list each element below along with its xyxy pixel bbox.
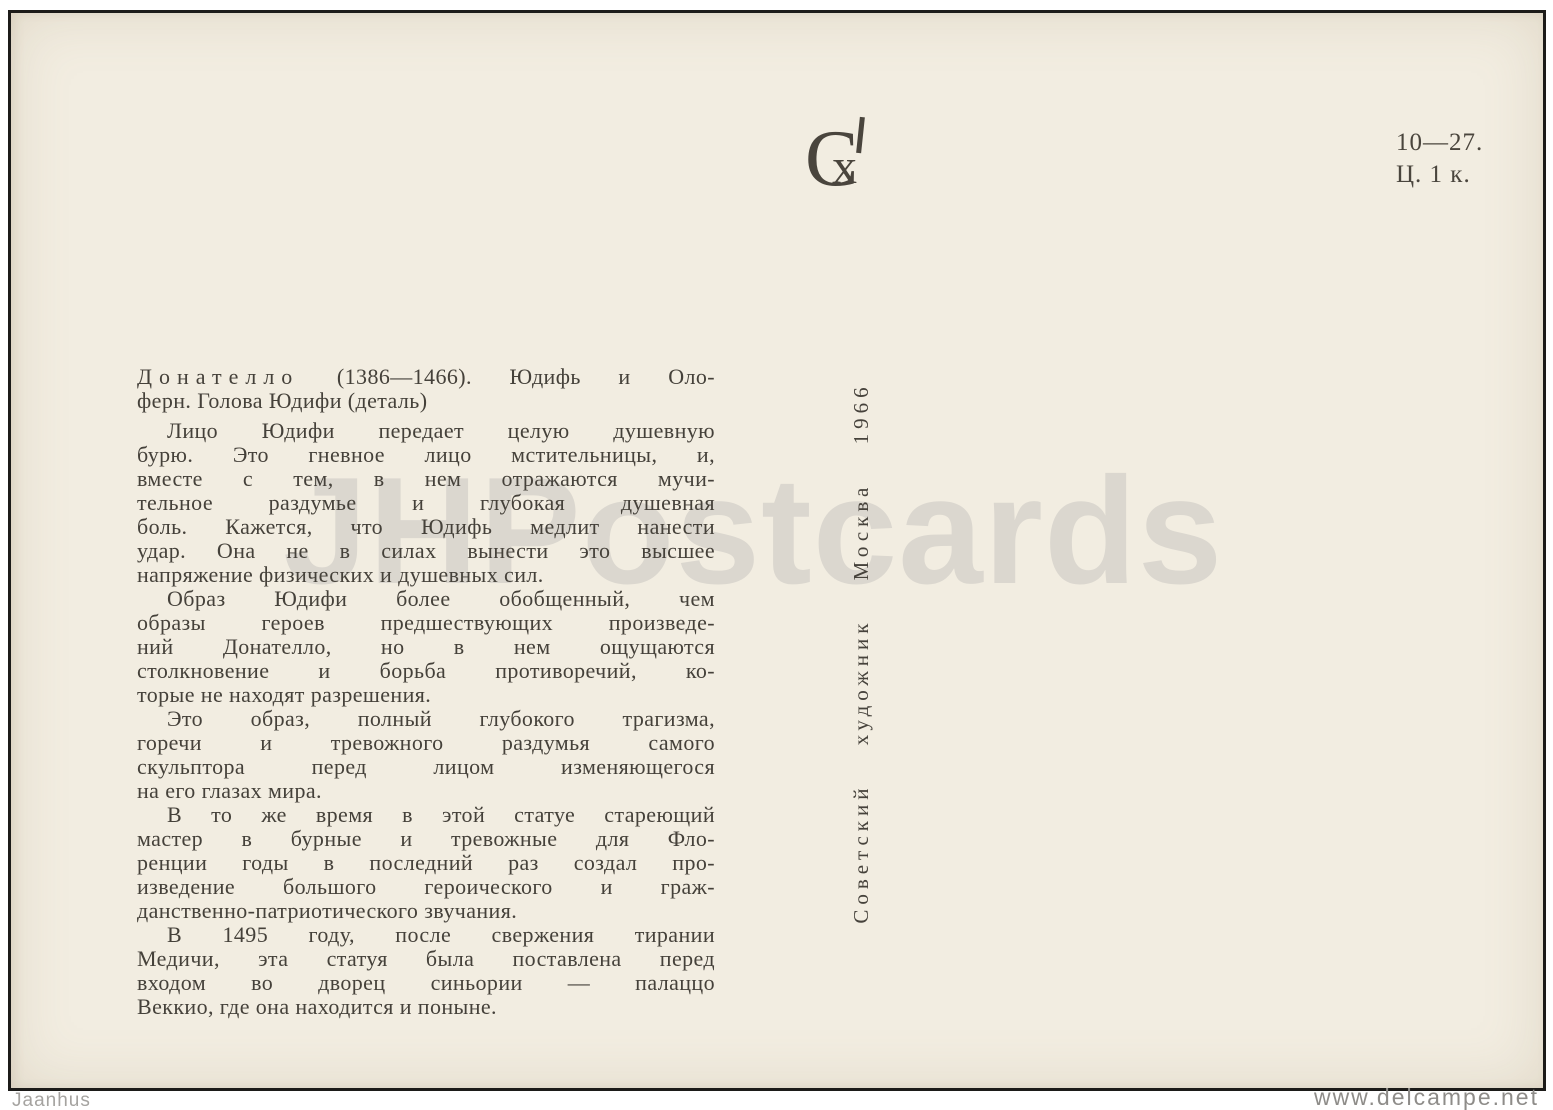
text-line: Образ Юдифи более обобщенный, чем [137,587,715,611]
text-line: входом во дворец синьории — палаццо [137,971,715,995]
logo-letter-x: х [832,138,857,194]
paragraph-2: Образ Юдифи более обобщенный, чем образы… [137,587,715,707]
text-line: В то же время в этой статуе стареющий [137,803,715,827]
paragraph-1: Лицо Юдифи передает целую душевную бурю.… [137,419,715,587]
text-line: образы героев предшествующих произведе- [137,611,715,635]
scan-credit-site: www.delcampe.net [1314,1084,1539,1110]
postcard-scan: JHPostcards С х 10—27. Ц. 1 к. Советский… [8,10,1546,1091]
text-line: мастер в бурные и тревожные для Фло- [137,827,715,851]
paragraph-4: В то же время в этой статуе стареющий ма… [137,803,715,923]
text-line: вместе с тем, в нем отражаются мучи- [137,467,715,491]
scan-credit-seller: Jaanhus [12,1090,91,1110]
text-line: на его глазах мира. [137,779,715,803]
text-line: Это образ, полный глубокого трагизма, [137,707,715,731]
caption-line-1: Донателло (1386—1466). Юдифь и Оло- [137,365,715,389]
price: Ц. 1 к. [1396,159,1483,191]
text-line: столкновение и борьба противоречий, ко- [137,659,715,683]
text-line: скульптора перед лицом изменяющегося [137,755,715,779]
publisher-logo-sx: С х [808,111,878,201]
text-line: удар. Она не в силах вынести это высшее [137,539,715,563]
text-line: напряжение физических и душевных сил. [137,563,715,587]
caption: Донателло (1386—1466). Юдифь и Оло- ферн… [137,365,715,413]
text-line: ний Донателло, но в нем ощущаются [137,635,715,659]
text-line: тельное раздумье и глубокая душевная [137,491,715,515]
publisher-imprint-vertical: Советский художник Москва 1966 [847,323,875,983]
text-line: ренции годы в последний раз создал про- [137,851,715,875]
catalog-number: 10—27. [1396,127,1483,159]
artist-name: Донателло [137,364,299,389]
catalog-block: 10—27. Ц. 1 к. [1396,127,1483,191]
text-line: бурю. Это гневное лицо мстительницы, и, [137,443,715,467]
text-line: боль. Кажется, что Юдифь медлит нанести [137,515,715,539]
text-line: горечи и тревожного раздумья самого [137,731,715,755]
text-line: Веккио, где она находится и поныне. [137,995,715,1019]
caption-line-2: ферн. Голова Юдифи (деталь) [137,389,715,413]
paragraph-3: Это образ, полный глубокого трагизма, го… [137,707,715,803]
text-line: торые не находят разрешения. [137,683,715,707]
text-line: Лицо Юдифи передает целую душевную [137,419,715,443]
text-line: Медичи, эта статуя была поставлена перед [137,947,715,971]
paragraph-5: В 1495 году, после свержения тирании Мед… [137,923,715,1019]
description-text: Донателло (1386—1466). Юдифь и Оло- ферн… [137,365,715,1019]
text-line: изведение большого героического и граж- [137,875,715,899]
text-line: данственно-патриотического звучания. [137,899,715,923]
caption-line-1-rest: (1386—1466). Юдифь и Оло- [299,364,715,389]
text-line: В 1495 году, после свержения тирании [137,923,715,947]
